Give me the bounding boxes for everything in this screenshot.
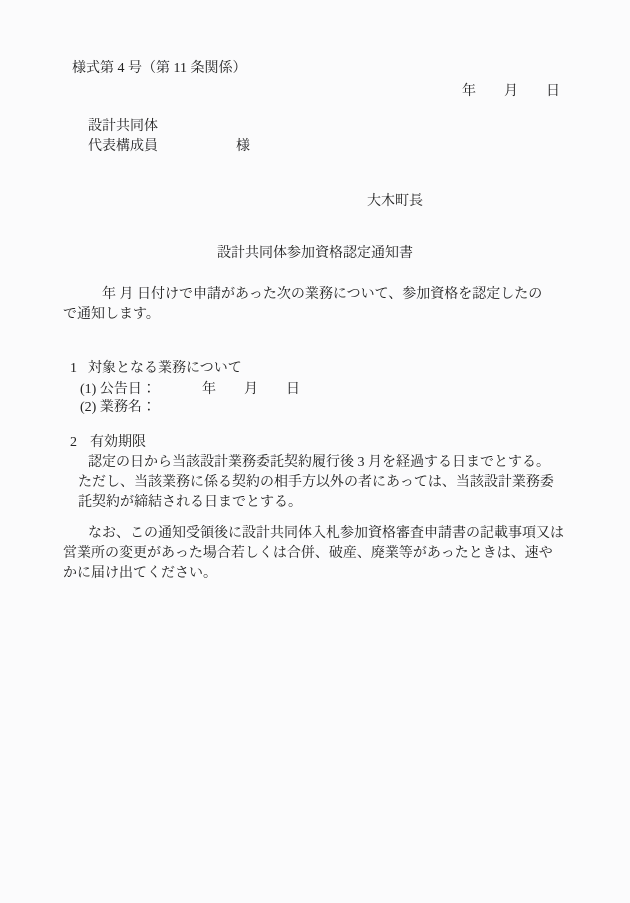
section1-item1-value: 年 月 日 — [202, 382, 300, 398]
section2-number: 2 — [70, 435, 77, 451]
section1-item1-label: (1) 公告日： — [80, 382, 156, 398]
section1-heading: 対象となる業務について — [88, 361, 242, 377]
addressee-group-name: 設計共同体 — [88, 119, 158, 135]
intro-line-2: で通知します。 — [63, 307, 160, 323]
section2-body-line-1: 認定の日から当該設計業務委託契約履行後 3 月を経過する日までとする。 — [88, 455, 550, 471]
document-page: 様式第 4 号（第 11 条関係） 年 月 日 設計共同体 代表構成員 様 大木… — [0, 0, 630, 903]
date-placeholder-line: 年 月 日 — [462, 84, 560, 100]
section2-body-line-3: 託契約が締結される日までとする。 — [78, 495, 302, 511]
closing-line-3: かに届け出てください。 — [63, 566, 217, 582]
form-number: 様式第 4 号（第 11 条関係） — [72, 61, 246, 77]
addressee-honorific: 様 — [236, 139, 250, 155]
section2-heading: 有効期限 — [90, 435, 146, 451]
intro-line-1: 年 月 日付けで申請があった次の業務について、参加資格を認定したの — [102, 287, 542, 303]
section1-number: 1 — [70, 361, 77, 377]
section2-body-line-2: ただし、当該業務に係る契約の相手方以外の者にあっては、当該設計業務委 — [78, 475, 554, 491]
closing-line-2: 営業所の変更があった場合若しくは合併、破産、廃業等があったときは、速や — [63, 546, 553, 562]
sender-name: 大木町長 — [367, 194, 423, 210]
document-title: 設計共同体参加資格認定通知書 — [0, 246, 630, 262]
section1-item2-label: (2) 業務名： — [80, 400, 156, 416]
addressee-representative-label: 代表構成員 — [88, 139, 158, 155]
closing-line-1: なお、この通知受領後に設計共同体入札参加資格審査申請書の記載事項又は — [88, 526, 564, 542]
